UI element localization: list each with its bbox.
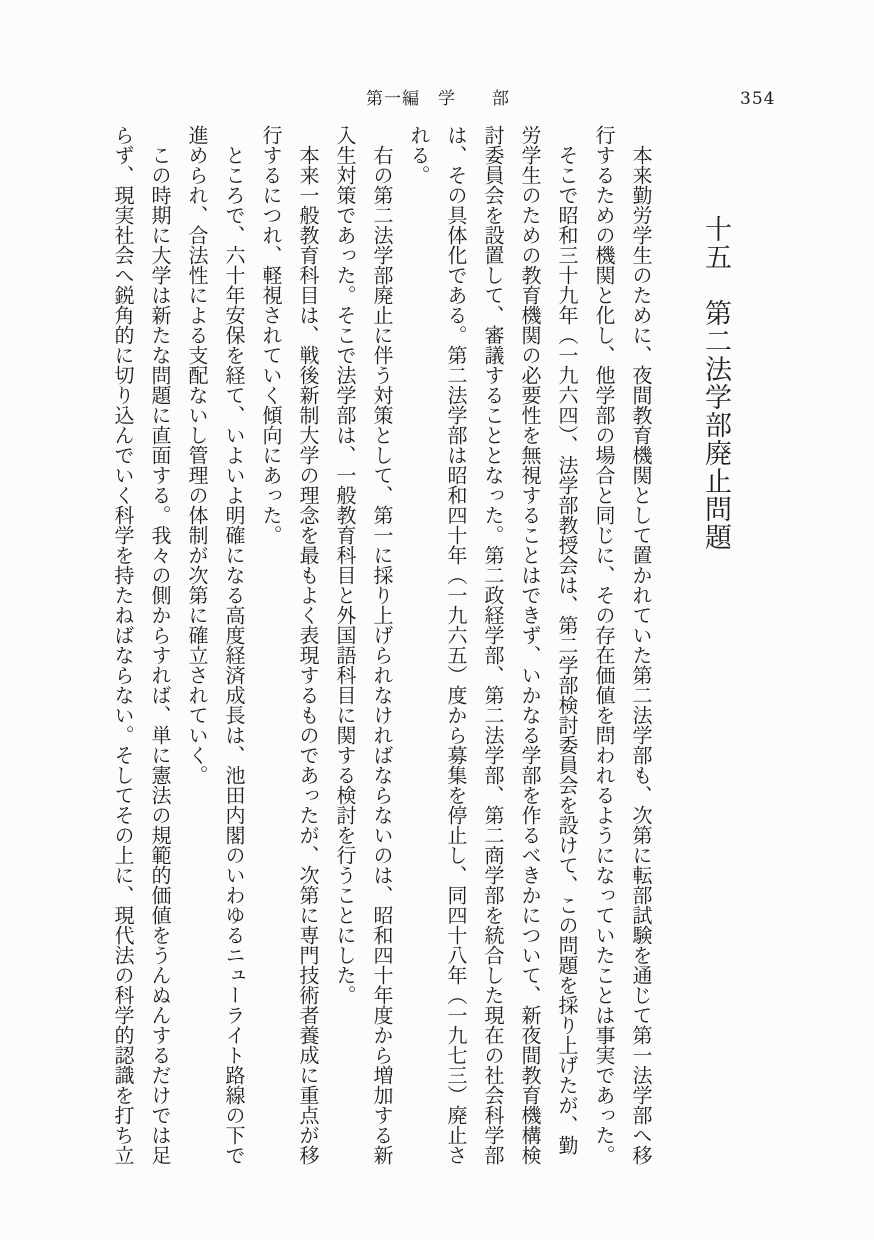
paragraph-1: 本来勤労学生のために、夜間教育機関として置かれていた第二法学部も、次第に転部試験… bbox=[585, 125, 659, 1173]
book-page: 第一編 学 部 354 十五 第二法学部廃止問題 本来勤労学生のために、夜間教育… bbox=[0, 0, 874, 1240]
running-head: 第一編 学 部 354 bbox=[0, 88, 874, 110]
paragraph-4: 本来一般教育科目は、戦後新制大学の理念を最もよく表現するものであったが、次第に専… bbox=[252, 125, 326, 1173]
page-number: 354 bbox=[740, 88, 775, 110]
paragraph-6: この時期に大学は新たな問題に直面する。我々の側からすれば、単に憲法の規範的価値を… bbox=[104, 125, 178, 1173]
chapter-title: 十五 第二法学部廃止問題 bbox=[695, 125, 735, 1173]
section-label: 第一編 学 部 bbox=[366, 88, 510, 110]
paragraph-3: 右の第二法学部廃止に伴う対策として、第一に採り上げられなければならないのは、昭和… bbox=[326, 125, 400, 1173]
paragraph-2: そこで昭和三十九年（一九六四）、法学部教授会は、第二学部検討委員会を設けて、この… bbox=[400, 125, 585, 1173]
main-text-block: 十五 第二法学部廃止問題 本来勤労学生のために、夜間教育機関として置かれていた第… bbox=[104, 125, 735, 1173]
paragraph-5: ところで、六十年安保を経て、いよいよ明確になる高度経済成長は、池田内閣のいわゆる… bbox=[178, 125, 252, 1173]
